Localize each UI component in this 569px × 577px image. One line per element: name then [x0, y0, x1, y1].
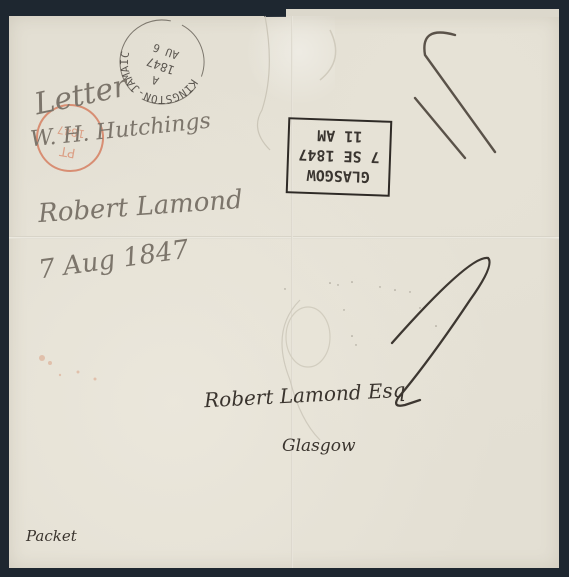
horizontal-fold	[9, 236, 559, 239]
address-city: Glasgow	[282, 436, 356, 456]
vertical-fold	[291, 16, 293, 568]
flap-notch	[264, 0, 286, 17]
packet-endorsement: Packet	[26, 527, 77, 545]
paper-highlight	[245, 16, 335, 106]
letter-photo: KINGSTON-JAMAICA A 1847 AU 6 PT 1847 GLA…	[0, 0, 569, 577]
